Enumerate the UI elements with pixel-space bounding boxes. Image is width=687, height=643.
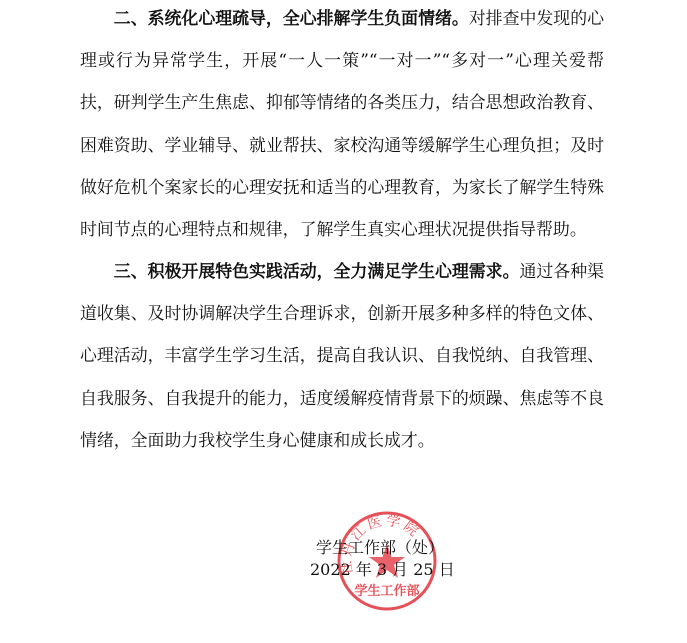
seal-bottom-text: 学生工作部: [354, 583, 419, 599]
signature-date: 2022 年 3 月 25 日: [310, 559, 450, 581]
signature-department: 学生工作部（处）: [310, 537, 450, 559]
paragraph-3: 三、积极开展特色实践活动，全力满足学生心理需求。通过各种渠道收集、及时协调解决学…: [80, 250, 604, 461]
signature-block: 学生工作部（处） 2022 年 3 月 25 日: [310, 537, 450, 581]
document-page: 二、系统化心理疏导，全心排解学生负面情绪。对排查中发现的心理或行为异常学生，开展…: [0, 0, 687, 643]
paragraph-heading: 二、系统化心理疏导，全心排解学生负面情绪。: [114, 8, 469, 28]
paragraph-body: 通过各种渠道收集、及时协调解决学生合理诉求，创新开展多种多样的特色文体、心理活动…: [80, 261, 604, 450]
paragraph-heading: 三、积极开展特色实践活动，全力满足学生心理需求。: [114, 261, 520, 281]
paragraph-2: 二、系统化心理疏导，全心排解学生负面情绪。对排查中发现的心理或行为异常学生，开展…: [80, 0, 604, 250]
paragraph-body: 对排查中发现的心理或行为异常学生，开展“一人一策”“一对一”“多对一”心理关爱帮…: [80, 8, 604, 239]
